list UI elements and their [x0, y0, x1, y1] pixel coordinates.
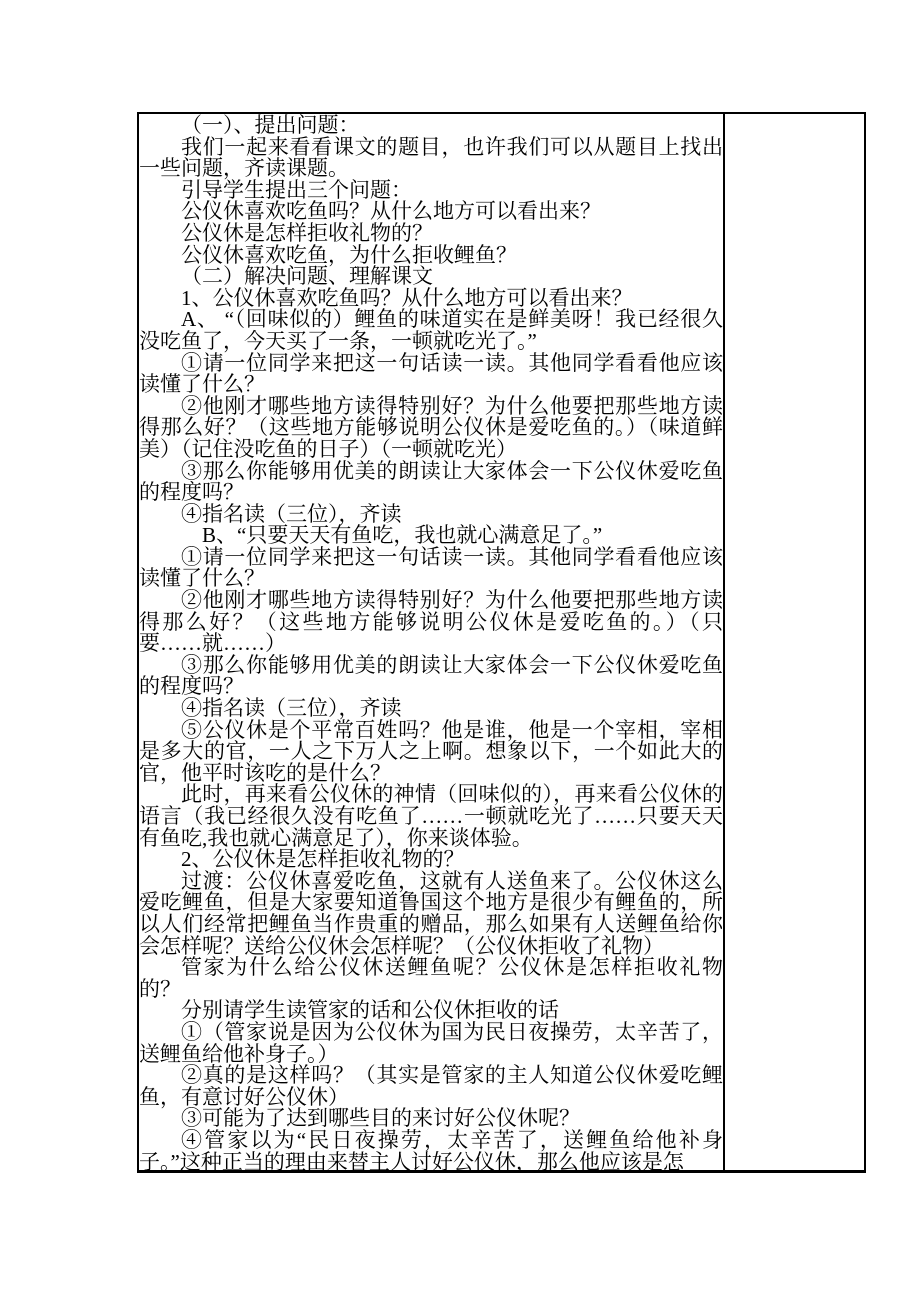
paragraph: ②他刚才哪些地方读得特别好？为什么他要把那些地方读得那么好？（这些地方能够说明公…: [139, 590, 723, 655]
paragraph: ④指名读（三位），齐读: [139, 504, 723, 526]
lesson-content-cell: （一）、提出问题：我们一起来看看课文的题目，也许我们可以从题目上找出一些问题，齐…: [139, 114, 725, 1170]
paragraph: ③可能为了达到哪些目的来讨好公仪休呢？: [139, 1108, 723, 1130]
paragraph: 过渡：公仪休喜爱吃鱼，这就有人送鱼来了。公仪休这么爱吃鲤鱼，但是大家要知道鲁国这…: [139, 871, 723, 957]
lesson-text: （一）、提出问题：我们一起来看看课文的题目，也许我们可以从题目上找出一些问题，齐…: [139, 115, 723, 1170]
paragraph: 公仪休喜欢吃鱼，为什么拒收鲤鱼？: [139, 245, 723, 267]
paragraph: 管家为什么给公仪休送鲤鱼呢？公仪休是怎样拒收礼物的？: [139, 957, 723, 1000]
paragraph: ④管家以为“民日夜操劳，太辛苦了，送鲤鱼给他补身子。”这种正当的理由来替主人讨好…: [139, 1130, 723, 1170]
paragraph: ③那么你能够用优美的朗读让大家体会一下公仪休爱吃鱼的程度吗？: [139, 461, 723, 504]
document-page: （一）、提出问题：我们一起来看看课文的题目，也许我们可以从题目上找出一些问题，齐…: [0, 0, 920, 1302]
paragraph: 2、公仪休是怎样拒收礼物的？: [139, 849, 723, 871]
paragraph: 公仪休喜欢吃鱼吗？从什么地方可以看出来？: [139, 201, 723, 223]
paragraph: 此时，再来看公仪休的神情（回味似的），再来看公仪休的语言（我已经很久没有吃鱼了……: [139, 784, 723, 849]
paragraph: ②他刚才哪些地方读得特别好？为什么他要把那些地方读得那么好？（这些地方能够说明公…: [139, 396, 723, 461]
paragraph: 1、公仪休喜欢吃鱼吗？从什么地方可以看出来？: [139, 288, 723, 310]
paragraph: （二）解决问题、理解课文: [139, 266, 723, 288]
paragraph: A、 “（回味似的）鲤鱼的味道实在是鲜美呀！我已经很久没吃鱼了，今天买了一条，一…: [139, 309, 723, 352]
paragraph: ②真的是这样吗？（其实是管家的主人知道公仪休爱吃鲤鱼，有意讨好公仪休）: [139, 1065, 723, 1108]
paragraph: 引导学生提出三个问题：: [139, 180, 723, 202]
paragraph: ①请一位同学来把这一句话读一读。其他同学看看他应该读懂了什么？: [139, 353, 723, 396]
paragraph: 我们一起来看看课文的题目，也许我们可以从题目上找出一些问题，齐读课题。: [139, 137, 723, 180]
paragraph: ①请一位同学来把这一句话读一读。其他同学看看他应该读懂了什么？: [139, 547, 723, 590]
paragraph: ③那么你能够用优美的朗读让大家体会一下公仪休爱吃鱼的程度吗？: [139, 655, 723, 698]
paragraph: 公仪休是怎样拒收礼物的？: [139, 223, 723, 245]
paragraph: ⑤公仪休是个平常百姓吗？他是谁，他是一个宰相，宰相是多大的官，一人之下万人之上啊…: [139, 720, 723, 785]
paragraph: （一）、提出问题：: [139, 115, 723, 137]
paragraph: 分别请学生读管家的话和公仪休拒收的话: [139, 1000, 723, 1022]
paragraph: B、“只要天天有鱼吃，我也就心满意足了。”: [139, 525, 723, 547]
remarks-cell: [725, 114, 864, 1170]
paragraph: ④指名读（三位），齐读: [139, 698, 723, 720]
lesson-plan-table: （一）、提出问题：我们一起来看看课文的题目，也许我们可以从题目上找出一些问题，齐…: [137, 112, 866, 1173]
paragraph: ①（管家说是因为公仪休为国为民日夜操劳，太辛苦了，送鲤鱼给他补身子。）: [139, 1022, 723, 1065]
